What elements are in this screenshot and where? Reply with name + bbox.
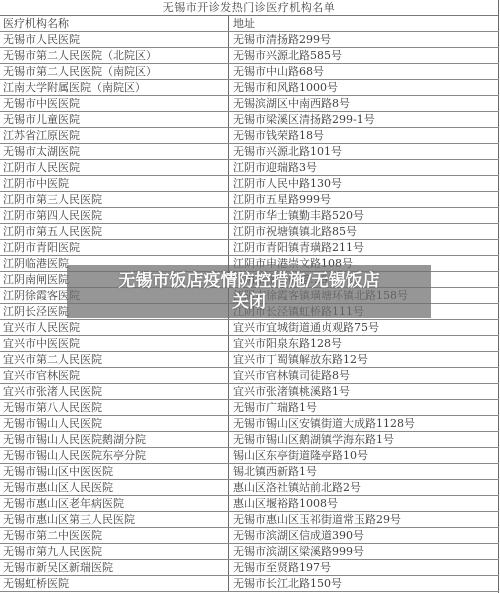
address-cell: 无锡市和风路1000号 xyxy=(229,80,500,96)
hospital-name-cell: 江阴市中医院 xyxy=(0,176,229,192)
hospital-name-cell: 无锡市儿童医院 xyxy=(0,112,229,128)
hospital-name-cell: 江南大学附属医院（南院区） xyxy=(0,80,229,96)
table-row: 无锡市第九人民医院无锡市滨湖区梁溪路999号 xyxy=(0,544,499,560)
address-cell: 无锡市中山路68号 xyxy=(229,64,500,80)
hospital-name-cell: 江阴市青阳医院 xyxy=(0,240,229,256)
address-cell: 无锡市惠山区玉祁街道常玉路29号 xyxy=(229,512,500,528)
hospital-name-cell: 无锡市太湖医院 xyxy=(0,144,229,160)
address-cell: 宜兴市丁蜀镇解放东路12号 xyxy=(229,352,500,368)
address-cell: 江阴市人民中路130号 xyxy=(229,176,500,192)
hospital-name-cell: 无锡市新吴区新瑞医院 xyxy=(0,560,229,576)
address-cell: 宜兴市阳泉东路128号 xyxy=(229,336,500,352)
table-row: 宜兴市第二人民医院宜兴市丁蜀镇解放东路12号 xyxy=(0,352,499,368)
header-name: 医疗机构名称 xyxy=(0,16,229,32)
address-cell: 无锡市兴源北路585号 xyxy=(229,48,500,64)
address-cell: 无锡市至贤路197号 xyxy=(229,560,500,576)
hospital-name-cell: 江阴市人民医院 xyxy=(0,160,229,176)
table-row: 江阴市中医院江阴市人民中路130号 xyxy=(0,176,499,192)
hospital-name-cell: 无锡市第二中医医院 xyxy=(0,528,229,544)
table-row: 无锡市锡山人民医院鹅湖分院无锡市锡山区鹅湖镇学海东路1号 xyxy=(0,432,499,448)
hospital-name-cell: 无锡市锡山人民医院东亭分院 xyxy=(0,448,229,464)
header-address: 地址 xyxy=(229,16,500,32)
table-row: 江阴市青阳医院江阴市青阳镇青璜路211号 xyxy=(0,240,499,256)
hospital-name-cell: 无锡市惠山区第三人民医院 xyxy=(0,512,229,528)
address-cell: 江阴市迎瑞路3号 xyxy=(229,160,500,176)
address-cell: 无锡市钱荣路18号 xyxy=(229,128,500,144)
address-cell: 无锡市梁溪区清扬路299-1号 xyxy=(229,112,500,128)
table-row: 江阴市人民医院江阴市迎瑞路3号 xyxy=(0,160,499,176)
hospital-name-cell: 无锡市第二人民医院（南院区） xyxy=(0,64,229,80)
table-row: 无锡市锡山区中医医院锡北镇西新路1号 xyxy=(0,464,499,480)
table-row: 无锡市第二人民医院（北院区）无锡市兴源北路585号 xyxy=(0,48,499,64)
table-row: 无锡市太湖医院无锡市兴源北路101号 xyxy=(0,144,499,160)
hospital-name-cell: 无锡市第二人民医院（北院区） xyxy=(0,48,229,64)
address-cell: 无锡市长江北路150号 xyxy=(229,576,500,592)
table-row: 无锡市锡山人民医院无锡市锡山区安镇街道大成路1128号 xyxy=(0,416,499,432)
table-row: 无锡市中医医院无锡滨湖区中南西路8号 xyxy=(0,96,499,112)
table-row: 宜兴市人民医院宜兴市宜城街道通贞观路75号 xyxy=(0,320,499,336)
address-cell: 无锡市兴源北路101号 xyxy=(229,144,500,160)
hospital-name-cell: 无锡市惠山区人民医院 xyxy=(0,480,229,496)
hospital-name-cell: 无锡市锡山人民医院鹅湖分院 xyxy=(0,432,229,448)
address-cell: 无锡滨湖区中南西路8号 xyxy=(229,96,500,112)
address-cell: 无锡市清扬路299号 xyxy=(229,32,500,48)
address-cell: 惠山区堰裕路1008号 xyxy=(229,496,500,512)
address-cell: 无锡市锡山区鹅湖镇学海东路1号 xyxy=(229,432,500,448)
address-cell: 无锡市滨湖区梁溪路999号 xyxy=(229,544,500,560)
table-row: 江阴市第五人民医院江阴市祝塘镇镇北路85号 xyxy=(0,224,499,240)
headline-overlay: 无锡市饭店疫情防控措施/无锡饭店 关闭 xyxy=(67,265,431,318)
table-row: 江南大学附属医院（南院区）无锡市和风路1000号 xyxy=(0,80,499,96)
address-cell: 无锡市广瑞路1号 xyxy=(229,400,500,416)
hospital-name-cell: 宜兴市中医医院 xyxy=(0,336,229,352)
table-row: 无锡市人民医院无锡市清扬路299号 xyxy=(0,32,499,48)
table-row: 无锡市惠山区第三人民医院无锡市惠山区玉祁街道常玉路29号 xyxy=(0,512,499,528)
address-cell: 锡山区东亭街道隆亭路10号 xyxy=(229,448,500,464)
table-row: 宜兴市官林医院宜兴市官林镇司徒路8号 xyxy=(0,368,499,384)
address-cell: 锡北镇西新路1号 xyxy=(229,464,500,480)
address-cell: 无锡市滨湖区信成道390号 xyxy=(229,528,500,544)
hospital-name-cell: 宜兴市张渚人民医院 xyxy=(0,384,229,400)
hospital-name-cell: 无锡虹桥医院 xyxy=(0,576,229,592)
table-row: 无锡市第二中医医院无锡市滨湖区信成道390号 xyxy=(0,528,499,544)
headline-line-2: 关闭 xyxy=(232,292,266,313)
hospital-name-cell: 宜兴市官林医院 xyxy=(0,368,229,384)
hospital-name-cell: 江阴市第五人民医院 xyxy=(0,224,229,240)
hospital-name-cell: 无锡市惠山区老年病医院 xyxy=(0,496,229,512)
address-cell: 江阴市五星路999号 xyxy=(229,192,500,208)
address-cell: 江阴市祝塘镇镇北路85号 xyxy=(229,224,500,240)
address-cell: 宜兴市张渚镇桃溪路1号 xyxy=(229,384,500,400)
hospital-name-cell: 无锡市锡山人民医院 xyxy=(0,416,229,432)
table-row: 宜兴市张渚人民医院宜兴市张渚镇桃溪路1号 xyxy=(0,384,499,400)
table-row: 无锡市第八人民医院无锡市广瑞路1号 xyxy=(0,400,499,416)
table-row: 江阴市第三人民医院江阴市五星路999号 xyxy=(0,192,499,208)
address-cell: 宜兴市官林镇司徒路8号 xyxy=(229,368,500,384)
address-cell: 宜兴市宜城街道通贞观路75号 xyxy=(229,320,500,336)
hospital-name-cell: 无锡市人民医院 xyxy=(0,32,229,48)
header-row: 医疗机构名称 地址 xyxy=(0,16,499,32)
table-row: 无锡市惠山区人民医院惠山区洛社镇站前北路2号 xyxy=(0,480,499,496)
table-row: 江阴市第四人民医院江阴市华士镇勤丰路520号 xyxy=(0,208,499,224)
hospital-name-cell: 江阴市第四人民医院 xyxy=(0,208,229,224)
hospital-name-cell: 宜兴市人民医院 xyxy=(0,320,229,336)
table-row: 江苏省江原医院无锡市钱荣路18号 xyxy=(0,128,499,144)
hospital-name-cell: 无锡市锡山区中医医院 xyxy=(0,464,229,480)
hospital-name-cell: 宜兴市第二人民医院 xyxy=(0,352,229,368)
table-row: 无锡市锡山人民医院东亭分院锡山区东亭街道隆亭路10号 xyxy=(0,448,499,464)
headline-line-1: 无锡市饭店疫情防控措施/无锡饭店 xyxy=(118,271,379,292)
table-row: 无锡市儿童医院无锡市梁溪区清扬路299-1号 xyxy=(0,112,499,128)
table-row: 宜兴市中医医院宜兴市阳泉东路128号 xyxy=(0,336,499,352)
hospital-name-cell: 江阴市第三人民医院 xyxy=(0,192,229,208)
address-cell: 江阴市华士镇勤丰路520号 xyxy=(229,208,500,224)
hospital-name-cell: 江苏省江原医院 xyxy=(0,128,229,144)
table-row: 无锡市新吴区新瑞医院无锡市至贤路197号 xyxy=(0,560,499,576)
hospital-name-cell: 无锡市第九人民医院 xyxy=(0,544,229,560)
hospital-name-cell: 无锡市第八人民医院 xyxy=(0,400,229,416)
table-row: 无锡市惠山区老年病医院惠山区堰裕路1008号 xyxy=(0,496,499,512)
address-cell: 无锡市锡山区安镇街道大成路1128号 xyxy=(229,416,500,432)
address-cell: 江阴市青阳镇青璜路211号 xyxy=(229,240,500,256)
hospital-name-cell: 无锡市中医医院 xyxy=(0,96,229,112)
table-row: 无锡市第二人民医院（南院区）无锡市中山路68号 xyxy=(0,64,499,80)
table-row: 无锡虹桥医院无锡市长江北路150号 xyxy=(0,576,499,592)
address-cell: 惠山区洛社镇站前北路2号 xyxy=(229,480,500,496)
table-title: 无锡市开诊发热门诊医疗机构名单 xyxy=(0,0,498,16)
